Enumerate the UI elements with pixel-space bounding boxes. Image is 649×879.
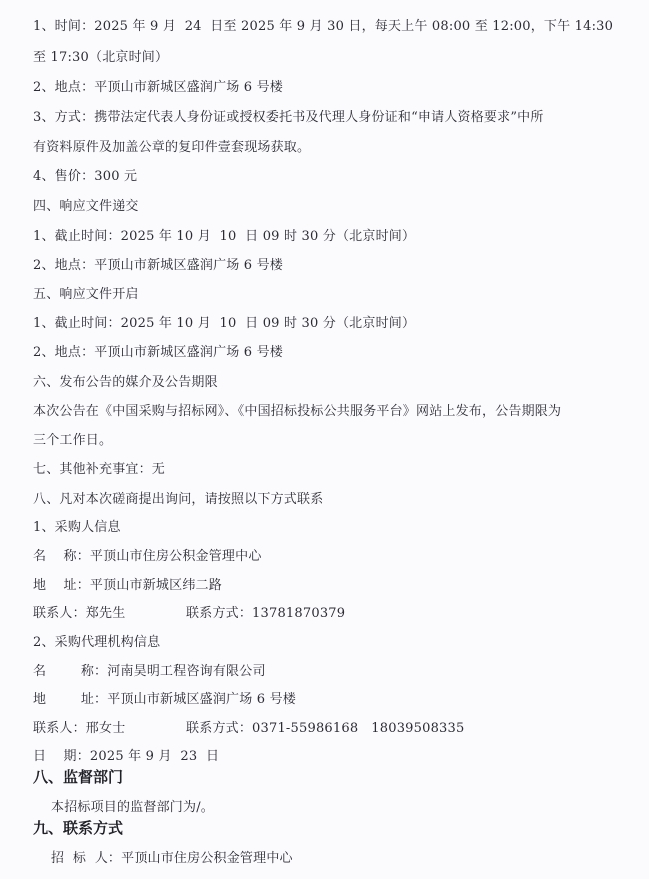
subsection-agency: 2、采购代理机构信息 [33, 635, 160, 651]
text-line-method-cont: 有资料原件及加盖公章的复印件壹套现场获取。 [33, 140, 310, 156]
agency-name: 名 称：河南昊明工程咨询有限公司 [33, 664, 266, 680]
heading-contact-method: 九、联系方式 [33, 819, 123, 837]
heading-supervision: 八、监督部门 [33, 768, 123, 786]
purchaser-name: 名 称：平顶山市住房公积金管理中心 [33, 549, 262, 565]
document-date: 日 期：2025 年 9 月 23 日 [33, 749, 219, 765]
supervision-body: 本招标项目的监督部门为/。 [51, 800, 214, 816]
section-title-media: 六、发布公告的媒介及公告期限 [33, 375, 218, 391]
text-line-media-cont: 三个工作日。 [33, 433, 112, 449]
text-line-submit-deadline: 1、截止时间：2025 年 10 月 10 日 09 时 30 分（北京时间） [33, 229, 415, 245]
section-title-submission: 四、响应文件递交 [33, 199, 139, 215]
section-title-contact: 八、凡对本次磋商提出询问，请按照以下方式联系 [33, 492, 323, 508]
text-line-media: 本次公告在《中国采购与招标网》、《中国招标投标公共服务平台》网站上发布，公告期限… [33, 404, 561, 420]
purchaser-address: 地 址：平顶山市新城区纬二路 [33, 578, 222, 594]
purchaser-contact: 联系人：郑先生 联系方式：13781870379 [33, 606, 345, 622]
agency-contact: 联系人：邢女士 联系方式：0371-55986168 18039508335 [33, 721, 464, 737]
text-line-method: 3、方式：携带法定代表人身份证或授权委托书及代理人身份证和“申请人资格要求”中所 [33, 110, 544, 126]
text-line-price: 4、售价：300 元 [33, 169, 137, 185]
text-line-submit-location: 2、地点：平顶山市新城区盛润广场 6 号楼 [33, 258, 283, 274]
text-line-time: 1、时间：2025 年 9 月 24 日至 2025 年 9 月 30 日，每天… [33, 19, 613, 35]
subsection-purchaser: 1、采购人信息 [33, 520, 121, 536]
section-title-other: 七、其他补充事宜：无 [33, 462, 165, 478]
text-line-open-location: 2、地点：平顶山市新城区盛润广场 6 号楼 [33, 345, 283, 361]
text-line-time-cont: 至 17:30（北京时间） [33, 50, 168, 66]
tenderer-line: 招 标 人：平顶山市住房公积金管理中心 [51, 851, 293, 867]
section-title-opening: 五、响应文件开启 [33, 287, 139, 303]
agency-address: 地 址：平顶山市新城区盛润广场 6 号楼 [33, 692, 296, 708]
text-line-open-deadline: 1、截止时间：2025 年 10 月 10 日 09 时 30 分（北京时间） [33, 316, 415, 332]
text-line-location: 2、地点：平顶山市新城区盛润广场 6 号楼 [33, 80, 283, 96]
